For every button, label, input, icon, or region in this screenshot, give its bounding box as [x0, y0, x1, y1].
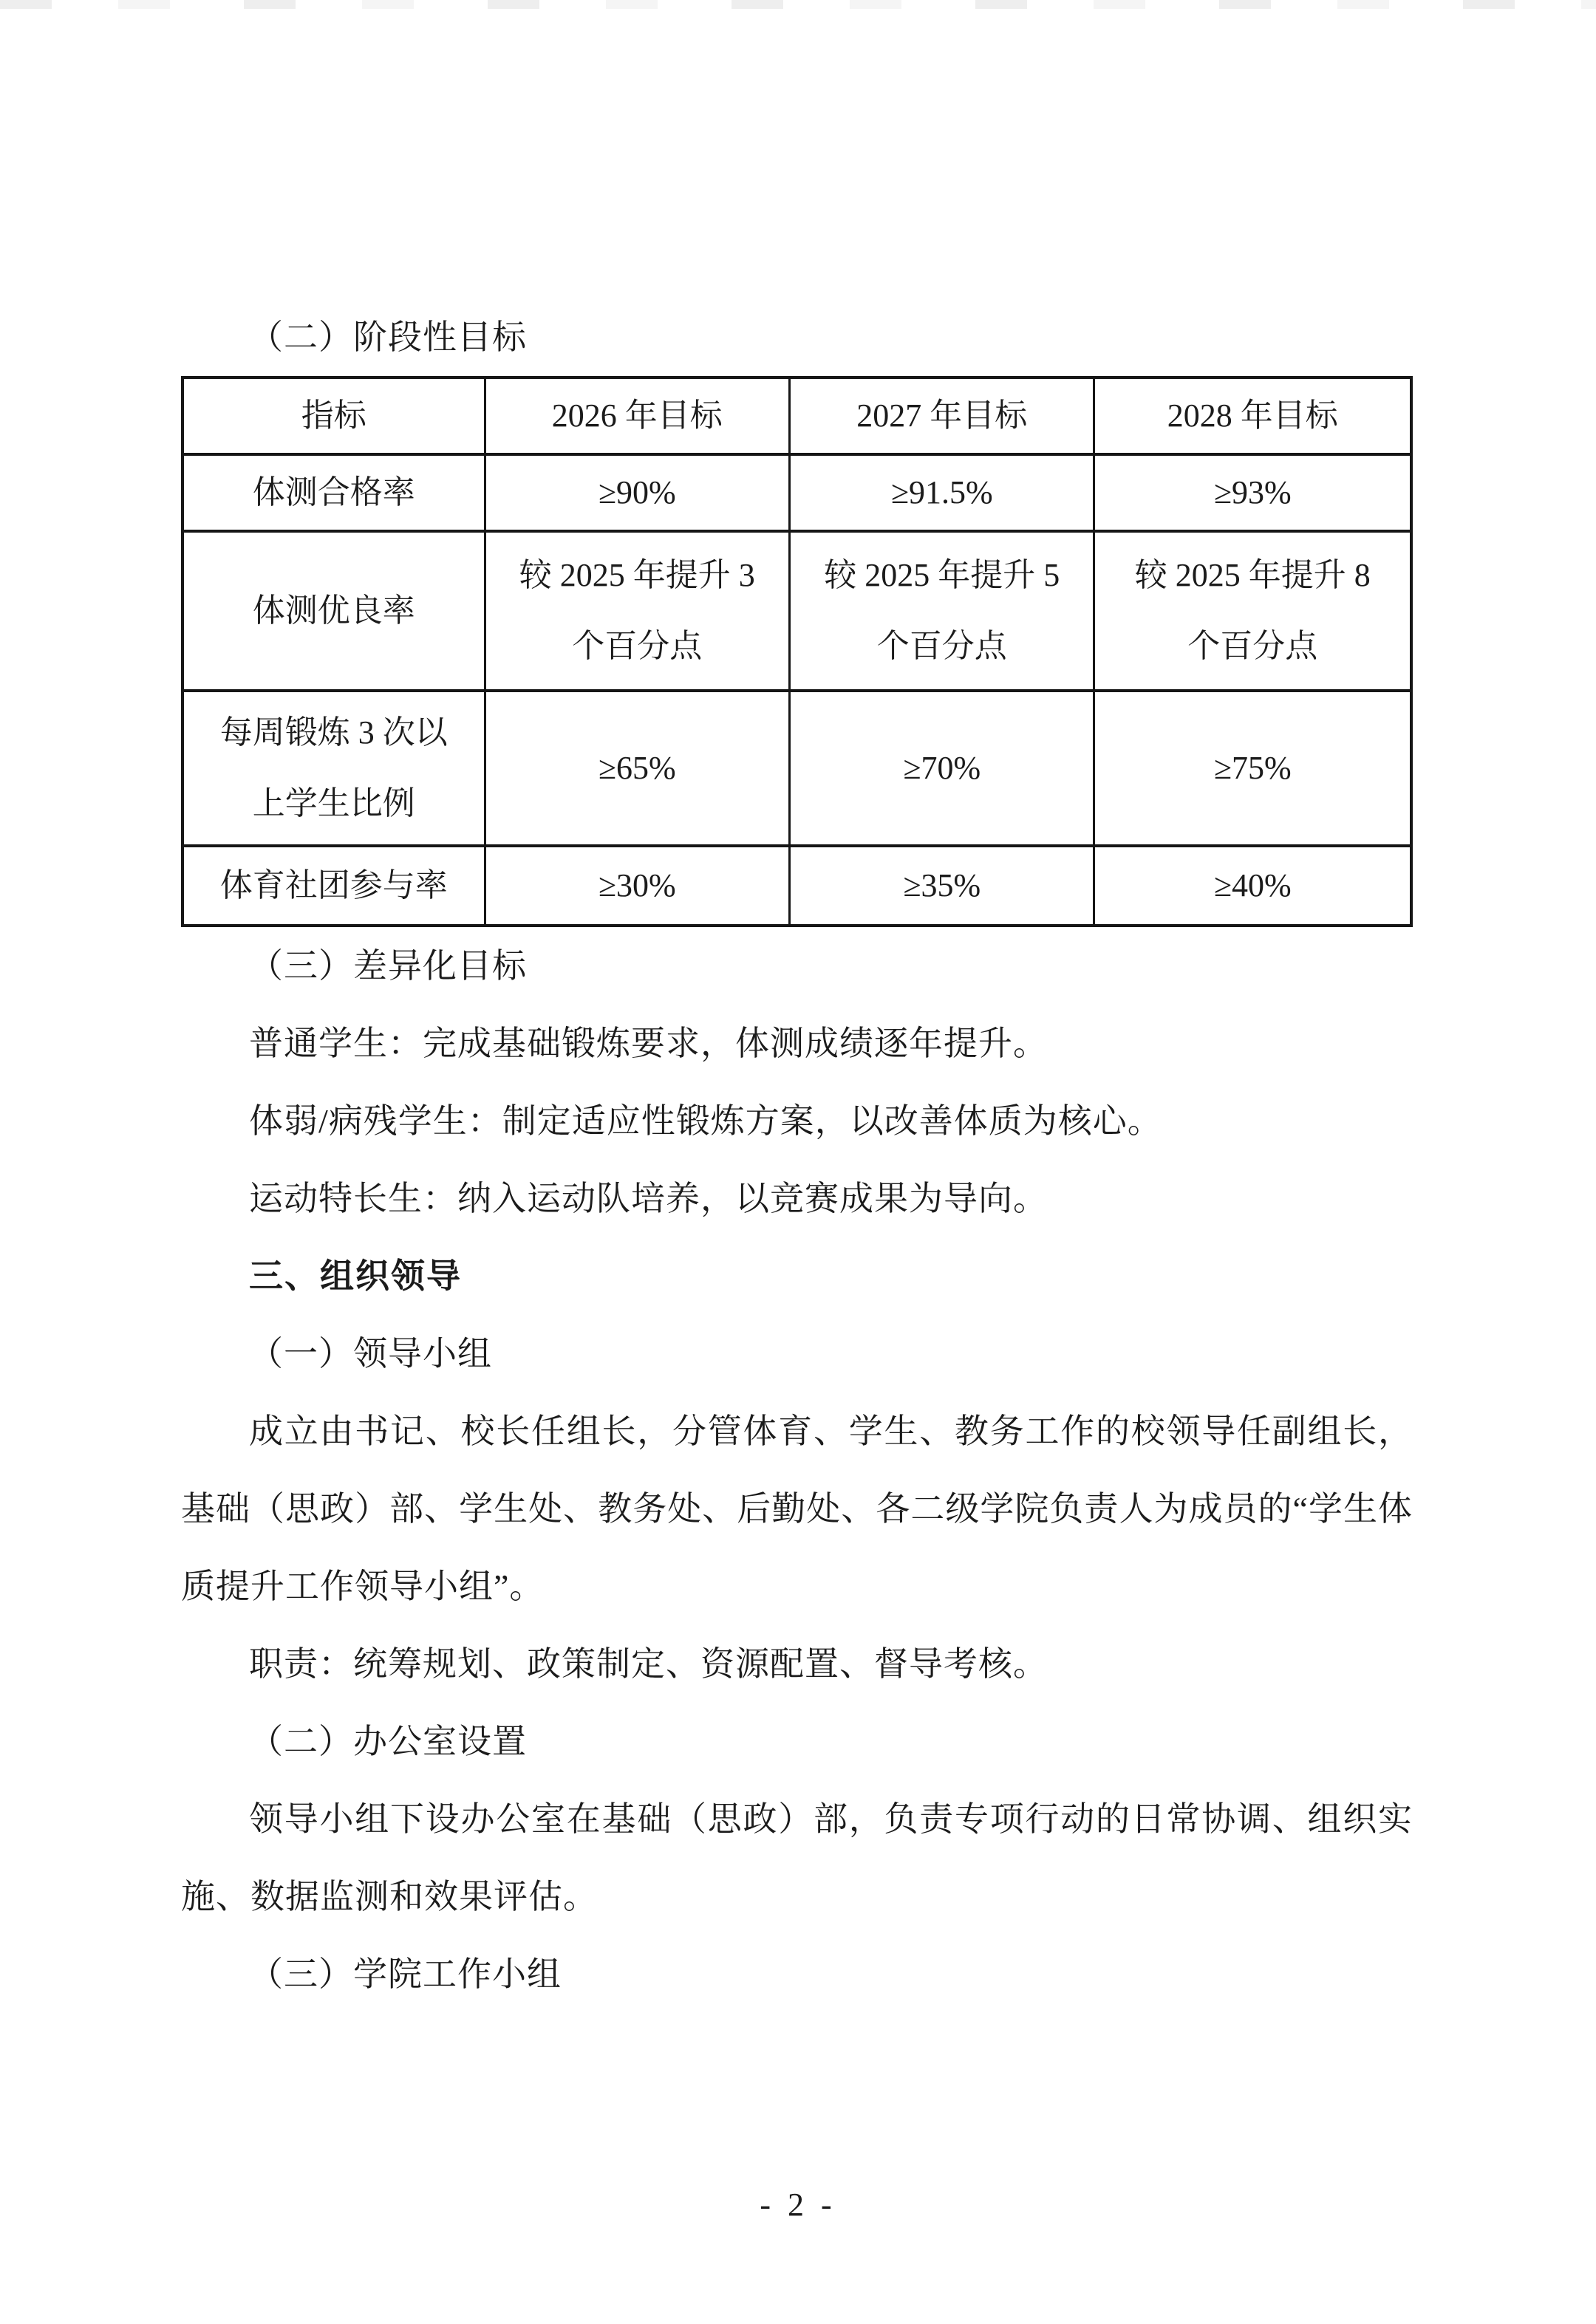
section-heading-leading-group: （一）领导小组 [181, 1315, 1413, 1392]
table-row-excellence-rate: 体测优良率 较 2025 年提升 3 个百分点 较 2025 年提升 5 个百分… [183, 531, 1411, 691]
section-heading-org-leadership: 三、组织领导 [181, 1237, 1413, 1315]
table-header-2026: 2026 年目标 [485, 377, 789, 454]
table-header-2028: 2028 年目标 [1094, 377, 1411, 454]
document-page: { "page": { "number_label": "- 2 -" }, "… [0, 0, 1596, 2324]
value-cell: ≥40% [1094, 846, 1411, 926]
page-content: （二）阶段性目标 指标 2026 年目标 2027 年目标 2028 年目标 体… [181, 298, 1413, 2013]
value-cell: ≥35% [790, 846, 1094, 926]
paragraph-group-composition: 成立由书记、校长任组长，分管体育、学生、教务工作的校领导任副组长，基础（思政）部… [181, 1392, 1413, 1625]
row-label-cell: 体育社团参与率 [183, 846, 485, 926]
paragraph-normal-students: 普通学生：完成基础锻炼要求，体测成绩逐年提升。 [181, 1005, 1413, 1082]
table-header-indicator: 指标 [183, 377, 485, 454]
value-cell: ≥75% [1094, 691, 1411, 846]
paragraph-sports-students: 运动特长生：纳入运动队培养，以竞赛成果为导向。 [181, 1160, 1413, 1237]
value-cell: 较 2025 年提升 3 个百分点 [485, 531, 789, 691]
paragraph-duties: 职责：统筹规划、政策制定、资源配置、督导考核。 [181, 1625, 1413, 1703]
section-heading-college-groups: （三）学院工作小组 [181, 1935, 1413, 2013]
table-header-2027: 2027 年目标 [790, 377, 1094, 454]
value-cell: 较 2025 年提升 8 个百分点 [1094, 531, 1411, 691]
paragraph-weak-students: 体弱/病残学生：制定适应性锻炼方案，以改善体质为核心。 [181, 1082, 1413, 1160]
section-heading-phase-goals: （二）阶段性目标 [181, 298, 1413, 376]
value-cell: ≥91.5% [790, 454, 1094, 531]
row-label-cell: 体测优良率 [183, 531, 485, 691]
value-cell: ≥30% [485, 846, 789, 926]
value-cell: ≥90% [485, 454, 789, 531]
value-cell: ≥65% [485, 691, 789, 846]
section-heading-office-setup: （二）办公室设置 [181, 1703, 1413, 1780]
row-label-cell: 体测合格率 [183, 454, 485, 531]
section-heading-diff-goals: （三）差异化目标 [181, 927, 1413, 1005]
page-number: - 2 - [0, 2166, 1596, 2243]
value-cell: 较 2025 年提升 5 个百分点 [790, 531, 1094, 691]
row-label-cell: 每周锻炼 3 次以 上学生比例 [183, 691, 485, 846]
value-cell: ≥93% [1094, 454, 1411, 531]
scan-artifact [0, 0, 1596, 9]
table-row-club-participation: 体育社团参与率 ≥30% ≥35% ≥40% [183, 846, 1411, 926]
table-row-pass-rate: 体测合格率 ≥90% ≥91.5% ≥93% [183, 454, 1411, 531]
phase-goals-table: 指标 2026 年目标 2027 年目标 2028 年目标 体测合格率 ≥90%… [181, 376, 1413, 927]
table-row-weekly-exercise: 每周锻炼 3 次以 上学生比例 ≥65% ≥70% ≥75% [183, 691, 1411, 846]
paragraph-office-duties: 领导小组下设办公室在基础（思政）部，负责专项行动的日常协调、组织实施、数据监测和… [181, 1780, 1413, 1935]
value-cell: ≥70% [790, 691, 1094, 846]
table-header-row: 指标 2026 年目标 2027 年目标 2028 年目标 [183, 377, 1411, 454]
